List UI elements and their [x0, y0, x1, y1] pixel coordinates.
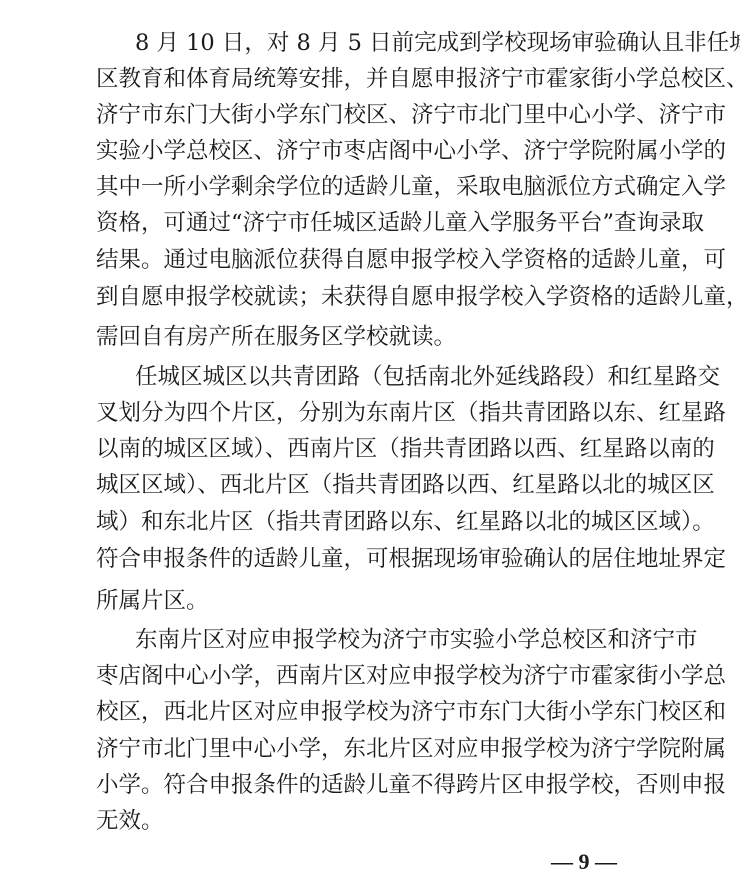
paragraph-line: 枣店阁中心小学，西南片区对应申报学校为济宁市霍家街小学总 [96, 661, 646, 691]
document-page: 8 月 10 日，对 8 月 5 日前完成到学校现场审验确认且非任城 区教育和体… [0, 0, 740, 891]
paragraph-line: 以南的城区区域）、西南片区（指共青团路以西、红星路以南的 [96, 434, 646, 464]
paragraph-line: 其中一所小学剩余学位的适龄儿童，采取电脑派位方式确定入学 [96, 172, 646, 202]
paragraph-line: 济宁市东门大街小学东门校区、济宁市北门里中心小学、济宁市 [96, 100, 646, 130]
paragraph-line: 城区区域）、西北片区（指共青团路以西、红星路以北的城区区 [96, 470, 646, 500]
paragraph-line: 区教育和体育局统筹安排，并自愿申报济宁市霍家街小学总校区、 [96, 64, 646, 94]
paragraph-line: 域）和东北片区（指共青团路以东、红星路以北的城区区域）。 [96, 507, 646, 537]
paragraph-line: 无效。 [96, 806, 646, 836]
paragraph-line: 资格，可通过“济宁市任城区适龄儿童入学服务平台”查询录取 [96, 208, 646, 238]
paragraph-line: 校区，西北片区对应申报学校为济宁市东门大街小学东门校区和 [96, 697, 646, 727]
paragraph-line: 需回自有房产所在服务区学校就读。 [96, 322, 646, 352]
paragraph-line: 实验小学总校区、济宁市枣店阁中心小学、济宁学院附属小学的 [96, 136, 646, 166]
paragraph-line: 所属片区。 [96, 586, 646, 616]
paragraph-line: 小学。符合申报条件的适龄儿童不得跨片区申报学校，否则申报 [96, 770, 646, 800]
paragraph-line: 东南片区对应申报学校为济宁市实验小学总校区和济宁市 [135, 625, 646, 655]
page-number: — 9 — [548, 848, 620, 876]
paragraph-line: 任城区城区以共青团路（包括南北外延线路段）和红星路交 [135, 362, 646, 392]
paragraph-line: 叉划分为四个片区，分别为东南片区（指共青团路以东、红星路 [96, 398, 646, 428]
paragraph-line: 符合申报条件的适龄儿童，可根据现场审验确认的居住地址界定 [96, 544, 646, 574]
paragraph-line: 到自愿申报学校就读；未获得自愿申报学校入学资格的适龄儿童， [96, 282, 646, 312]
paragraph-line: 济宁市北门里中心小学，东北片区对应申报学校为济宁学院附属 [96, 734, 646, 764]
paragraph-line: 8 月 10 日，对 8 月 5 日前完成到学校现场审验确认且非任城 [135, 28, 646, 58]
paragraph-line: 结果。通过电脑派位获得自愿申报学校入学资格的适龄儿童，可 [96, 245, 646, 275]
